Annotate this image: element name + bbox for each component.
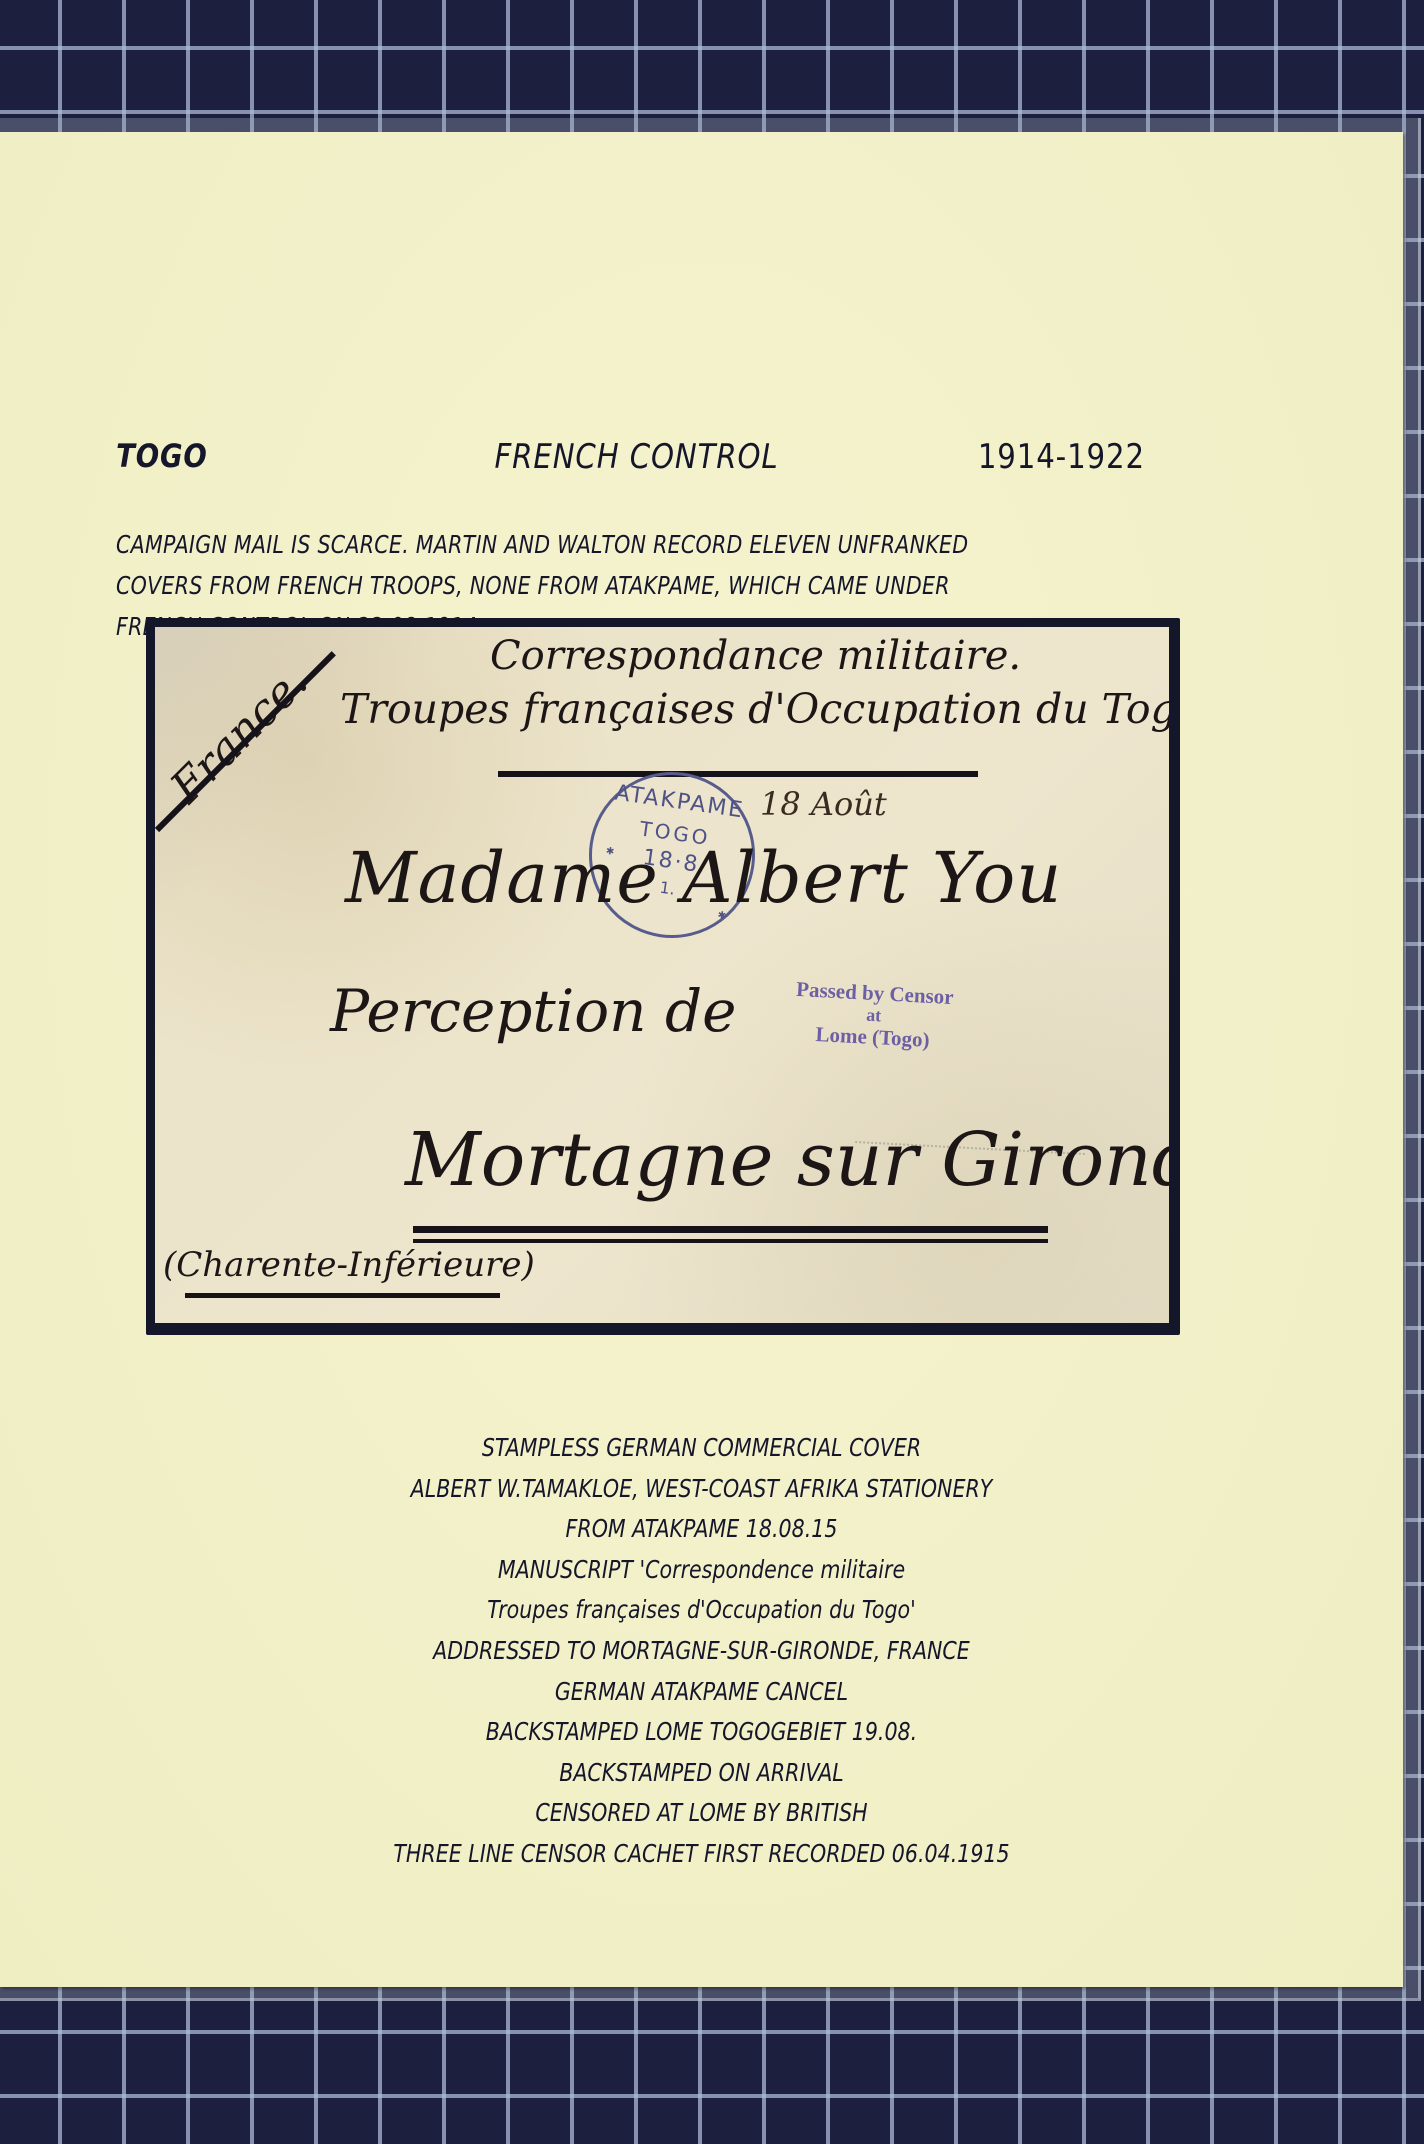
censor-cachet: Passed by Censor at Lome (Togo) <box>793 978 954 1052</box>
caption-line: GERMAN ATAKPAME CANCEL <box>112 1672 1291 1713</box>
manuscript-underline <box>498 771 978 777</box>
corner-diagonal-rule <box>155 651 336 832</box>
address-region: (Charente-Inférieure) <box>163 1245 535 1285</box>
section-title: FRENCH CONTROL <box>495 437 779 477</box>
cover-envelope: France. Correspondance militaire. Troupe… <box>155 627 1169 1323</box>
country-title: TOGO <box>116 437 208 475</box>
caption-line: Troupes françaises d'Occupation du Togo' <box>112 1590 1291 1631</box>
region-underline <box>185 1293 500 1298</box>
page-header: TOGO FRENCH CONTROL 1914-1922 <box>0 437 1207 477</box>
caption-line: ALBERT W.TAMAKLOE, WEST-COAST AFRIKA STA… <box>112 1469 1291 1510</box>
city-underline-bottom <box>413 1239 1048 1243</box>
caption-line: MANUSCRIPT 'Correspondence militaire <box>112 1550 1291 1591</box>
intro-line: COVERS FROM FRENCH TROOPS, NONE FROM ATA… <box>116 565 1208 606</box>
manuscript-line-2: Troupes françaises d'Occupation du Togo. <box>340 685 1169 733</box>
city-underline-top <box>413 1226 1048 1233</box>
caption-line: BACKSTAMPED ON ARRIVAL <box>112 1753 1291 1794</box>
address-city: Mortagne sur Gironde. <box>405 1117 1169 1203</box>
address-line-2: Perception de <box>330 977 736 1045</box>
album-page: TOGO FRENCH CONTROL 1914-1922 CAMPAIGN M… <box>0 132 1403 1987</box>
caption-line: CENSORED AT LOME BY BRITISH <box>112 1793 1291 1834</box>
caption-line: STAMPLESS GERMAN COMMERCIAL COVER <box>112 1428 1291 1469</box>
caption-line: THREE LINE CENSOR CACHET FIRST RECORDED … <box>112 1834 1291 1875</box>
caption-line: FROM ATAKPAME 18.08.15 <box>112 1509 1291 1550</box>
cover-description: STAMPLESS GERMAN COMMERCIAL COVER ALBERT… <box>0 1428 1403 1875</box>
manuscript-line-1: Correspondance militaire. <box>490 633 1021 679</box>
caption-line: ADDRESSED TO MORTAGNE-SUR-GIRONDE, FRANC… <box>112 1631 1291 1672</box>
period-title: 1914-1922 <box>978 437 1145 477</box>
corner-country-text: France. <box>161 656 318 813</box>
caption-line: BACKSTAMPED LOME TOGOGEBIET 19.08. <box>112 1712 1291 1753</box>
date-note: 18 Août <box>760 785 887 823</box>
addressee-name: Madame Albert You <box>345 837 1062 919</box>
cover-mount: France. Correspondance militaire. Troupe… <box>146 618 1180 1335</box>
intro-line: CAMPAIGN MAIL IS SCARCE. MARTIN AND WALT… <box>116 524 1208 565</box>
